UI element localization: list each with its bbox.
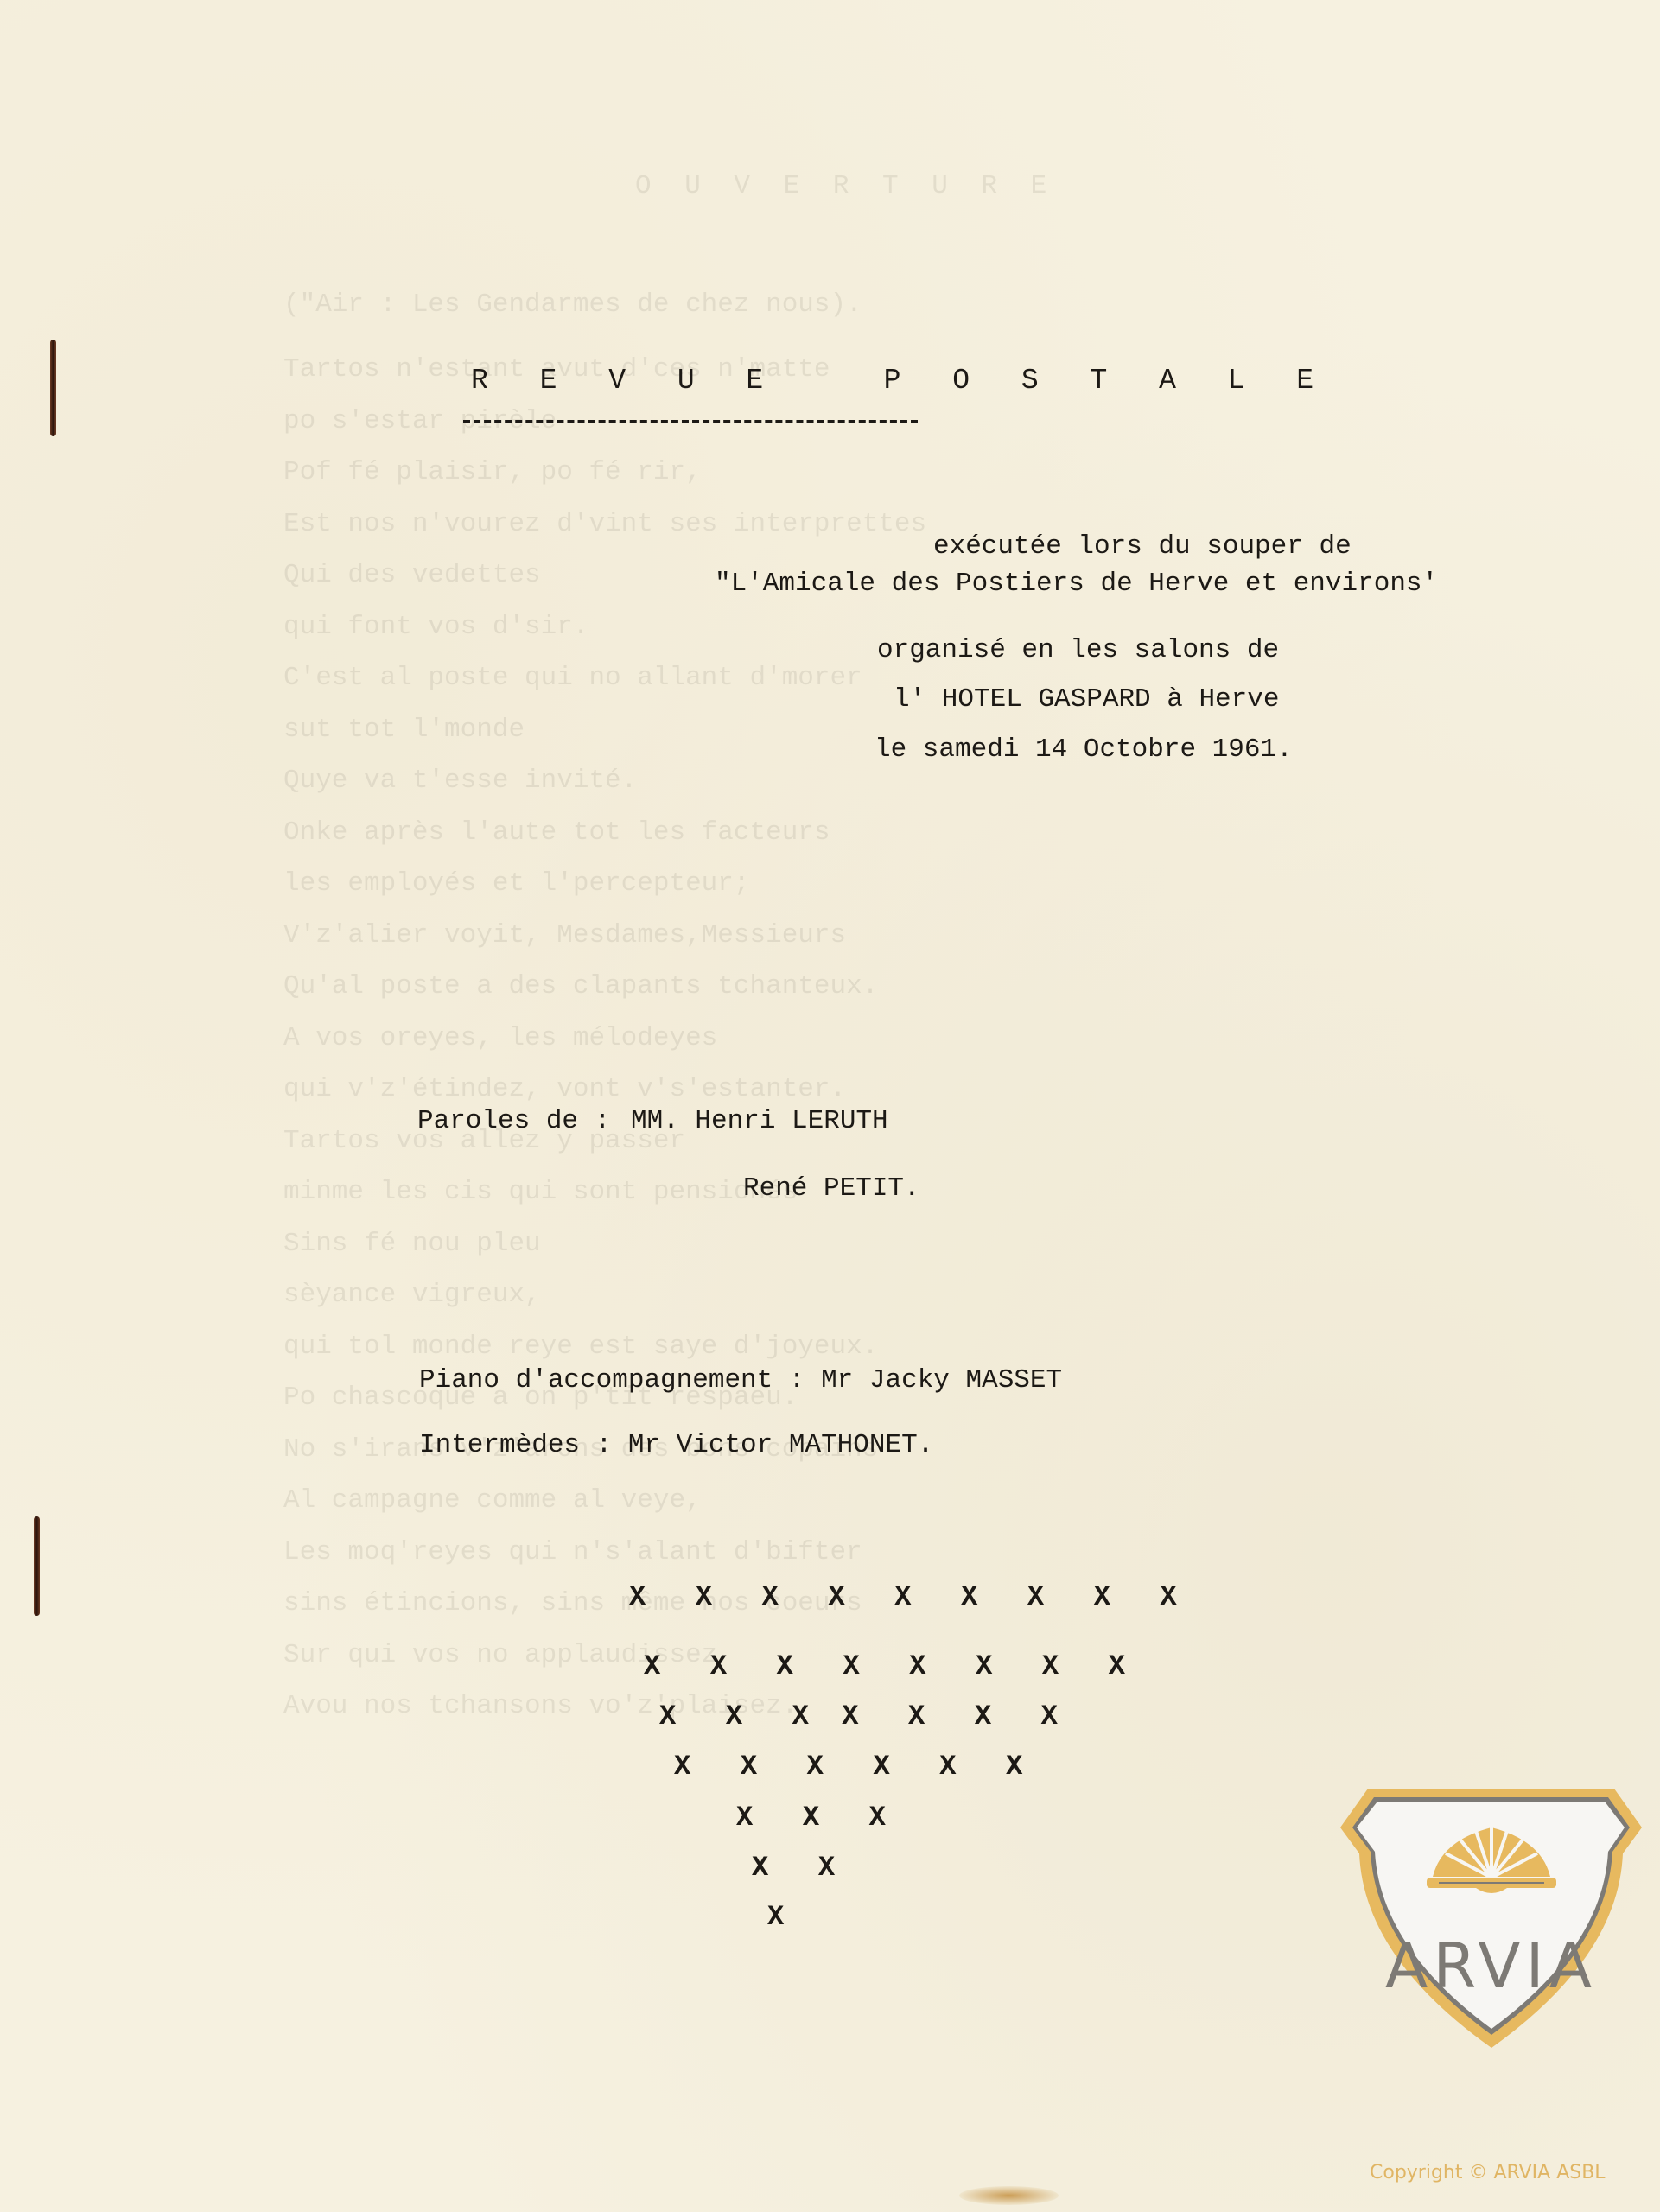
lyrics-author-2: René PETIT. — [743, 1173, 920, 1204]
show-through-line: Quye va t'esse invité. — [283, 766, 637, 796]
show-through-line: Les moq'reyes qui n's'alant d'bifter — [283, 1537, 862, 1567]
show-through-line: qui font vos d'sir. — [283, 612, 588, 642]
show-through-line: qui tol monde reye est saye d'joyeux. — [283, 1332, 878, 1362]
show-through-line: Sur qui vos no applaudissez — [283, 1640, 717, 1670]
document-title: R E V U E P O S T A L E — [471, 365, 1331, 397]
show-through-line: Sins fé nou pleu — [283, 1229, 541, 1259]
show-through-line: Qu'al poste a des clapants tchanteux. — [283, 971, 878, 1001]
lyrics-author-1: MM. Henri LERUTH — [631, 1106, 888, 1136]
subtitle-line-4: l' HOTEL GASPARD à Herve — [894, 684, 1279, 715]
show-through-line: Avou nos tchansons vo'z'plaisez. — [283, 1691, 798, 1721]
subtitle-line-3: organisé en les salons de — [877, 635, 1279, 665]
copyright-text: Copyright © ARVIA ASBL — [1370, 2162, 1606, 2183]
show-through-line: qui v'z'étindez, vont v's'estanter. — [283, 1074, 846, 1104]
show-through-line: les employés et l'percepteur; — [283, 868, 750, 899]
staple-top — [50, 340, 56, 436]
show-through-line: Est nos n'vourez d'vint ses interprettes — [283, 509, 926, 539]
show-through-line: Al campagne comme al veye, — [283, 1485, 702, 1516]
arvia-logo: ARVIA — [1338, 1784, 1644, 2065]
show-through-line: C'est al poste qui no allant d'morer — [283, 663, 862, 693]
show-through-line: A vos oreyes, les mélodeyes — [283, 1023, 717, 1053]
x-row: X X X X X X — [674, 1751, 1660, 1783]
x-row: X X X X X X X — [659, 1700, 1660, 1732]
subtitle-line-2: "L'Amicale des Postiers de Herve et envi… — [715, 569, 1438, 599]
subtitle-line-5: le samedi 14 Octobre 1961. — [875, 734, 1293, 765]
show-through-line: Qui des vedettes — [283, 560, 541, 590]
show-through-line: Onke après l'aute tot les facteurs — [283, 817, 830, 848]
show-through-line: minme les cis qui sont pensionés — [283, 1177, 798, 1207]
x-row: X X X X X X X X — [644, 1650, 1660, 1682]
title-underline — [463, 420, 918, 423]
show-through-line: Pof fé plaisir, po fé rir, — [283, 457, 702, 487]
logo-text: ARVIA — [1338, 1929, 1644, 2002]
show-through-line: sèyance vigreux, — [283, 1280, 541, 1310]
show-through-line: sins étincions, sins même nos coeurs — [283, 1588, 862, 1618]
stain — [959, 2186, 1059, 2205]
shield-icon — [1338, 1784, 1644, 2065]
show-through-line: sut tot l'monde — [283, 715, 525, 745]
subtitle-line-1: exécutée lors du souper de — [933, 531, 1352, 562]
staple-bottom — [34, 1516, 40, 1616]
show-through-line: O U V E R T U R E — [635, 171, 1055, 201]
interludes-credit: Intermèdes : Mr Victor MATHONET. — [419, 1430, 933, 1460]
show-through-line: V'z'alier voyit, Mesdames,Messieurs — [283, 920, 846, 950]
show-through-line: ("Air : Les Gendarmes de chez nous). — [283, 289, 862, 320]
piano-credit: Piano d'accompagnement : Mr Jacky MASSET — [419, 1365, 1062, 1395]
lyrics-label: Paroles de : — [417, 1106, 610, 1136]
